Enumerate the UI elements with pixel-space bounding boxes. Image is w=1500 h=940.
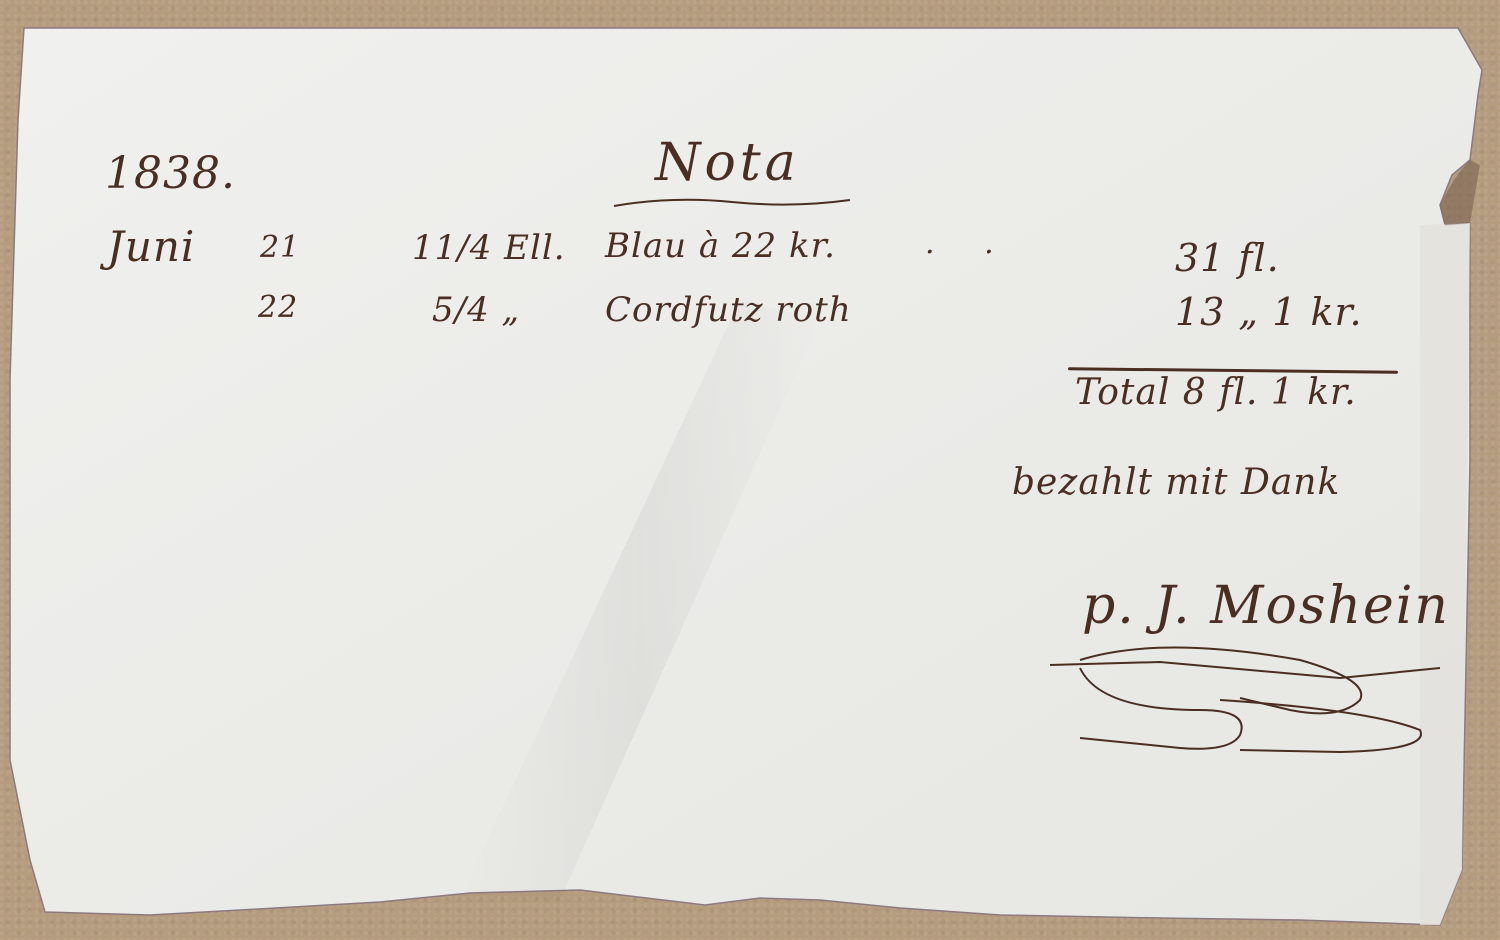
line-item-amount: 13 „ 1 kr. bbox=[1175, 290, 1363, 334]
signature: p. J. Moshein bbox=[1082, 576, 1450, 636]
line-item-quantity: 5/4 „ bbox=[432, 290, 520, 330]
total-amount: Total 8 fl. 1 kr. bbox=[1075, 372, 1357, 413]
line-item-leader: . . bbox=[925, 226, 1014, 261]
title-underline bbox=[612, 196, 852, 208]
document-year: 1838. bbox=[105, 148, 236, 199]
month-label: Juni bbox=[107, 222, 195, 271]
line-item-description: Blau à 22 kr. bbox=[605, 226, 836, 266]
line-item-amount: 31 fl. bbox=[1175, 236, 1280, 280]
line-item-day: 21 bbox=[260, 230, 300, 265]
line-item-description: Cordfutz roth bbox=[605, 290, 852, 330]
signature-flourish bbox=[1040, 640, 1460, 760]
paid-note: bezahlt mit Dank bbox=[1012, 462, 1340, 503]
line-item-day: 22 bbox=[258, 290, 298, 325]
line-item-quantity: 11/4 Ell. bbox=[412, 228, 566, 268]
document-title: Nota bbox=[655, 133, 800, 193]
